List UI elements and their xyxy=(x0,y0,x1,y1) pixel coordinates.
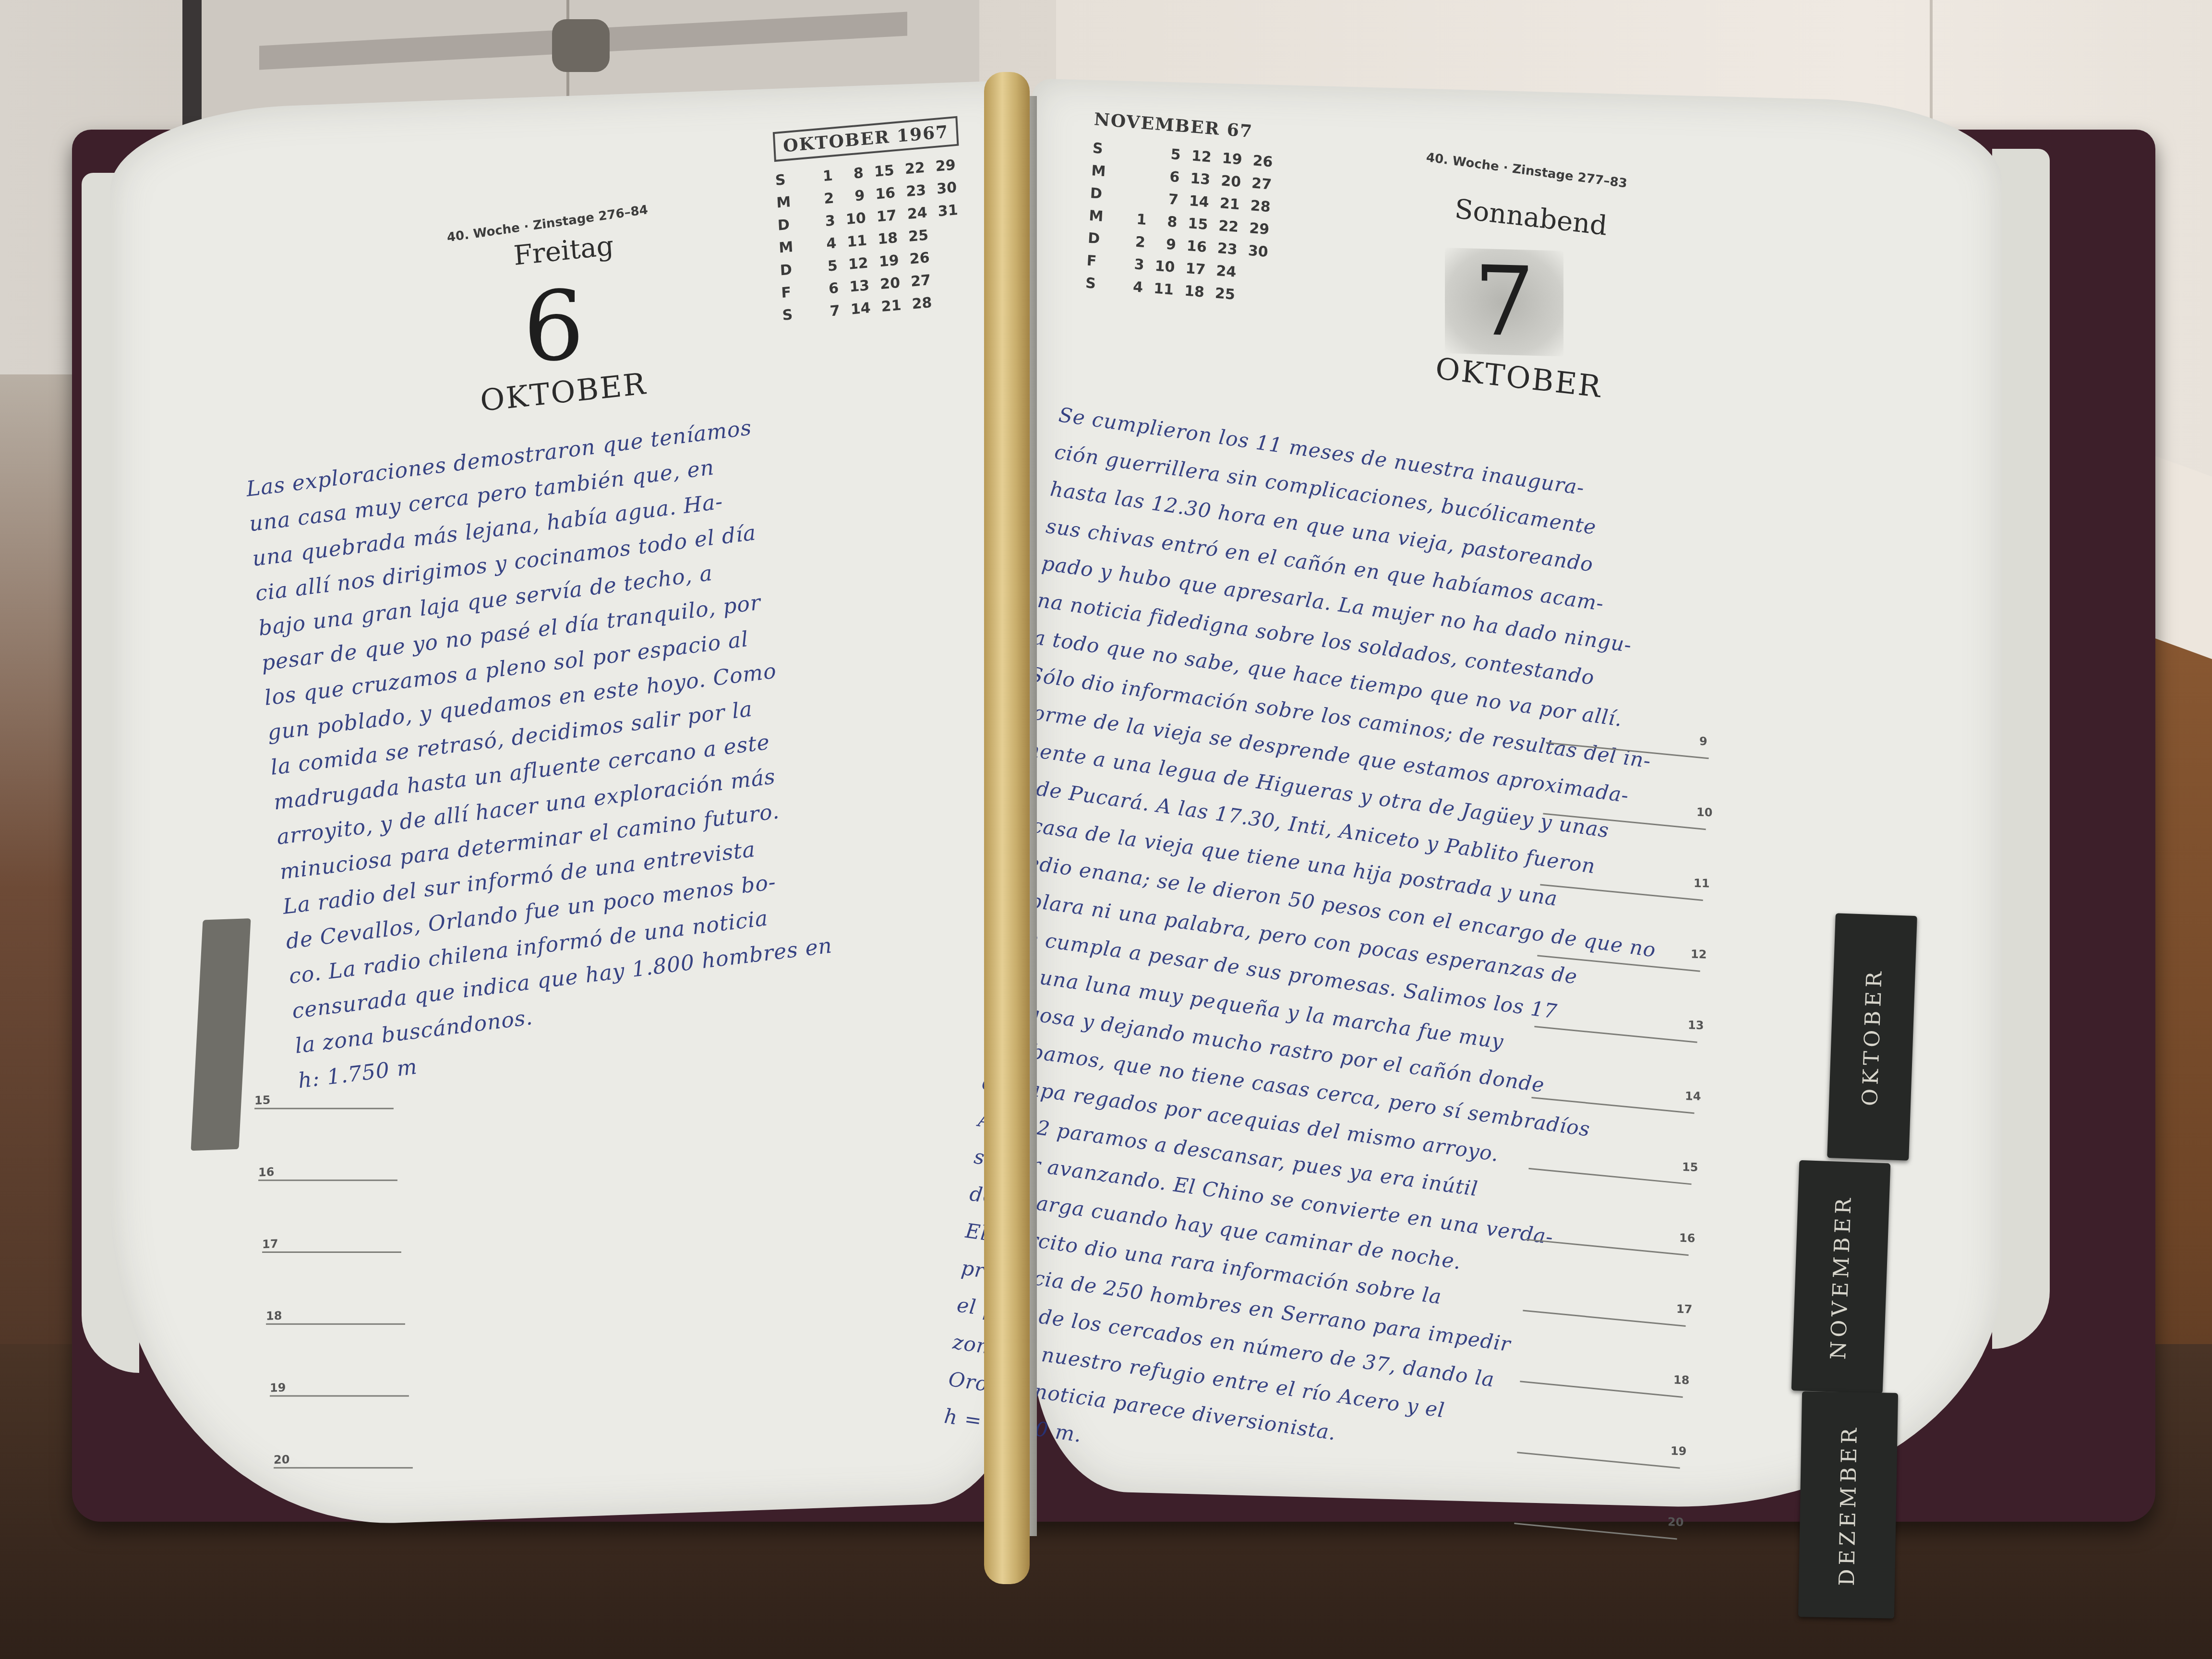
calendar-day xyxy=(1119,142,1151,161)
weekday-label: S xyxy=(1092,140,1120,158)
hour-rule xyxy=(274,1467,413,1468)
calendar-day: 23 xyxy=(1206,239,1238,258)
tab-label: DEZEMBER xyxy=(1835,1424,1862,1586)
calendar-day: 21 xyxy=(1209,194,1240,213)
weekday-label: M xyxy=(776,192,804,212)
calendar-day: 6 xyxy=(807,280,839,299)
weekday-label: D xyxy=(1087,230,1115,249)
calendar-day: 15 xyxy=(863,162,895,181)
calendar-day: 7 xyxy=(1147,189,1179,208)
tab-november[interactable]: NOVEMBER xyxy=(1791,1160,1891,1394)
ribbon-bookmark[interactable] xyxy=(984,72,1030,1584)
calendar-day: 8 xyxy=(1146,212,1178,231)
mini-calendar-november: NOVEMBER 67 S5121926M6132027D7142128M181… xyxy=(1085,109,1274,305)
hour-number: 11 xyxy=(1694,877,1709,890)
calendar-day: 21 xyxy=(870,297,902,316)
calendar-day: 19 xyxy=(1211,149,1243,168)
calendar-day: 31 xyxy=(927,202,959,221)
mini-calendar-october: OKTOBER 1967 S18152229M29162330D31017243… xyxy=(773,116,968,324)
weekday-label: M xyxy=(779,238,806,257)
tab-label: NOVEMBER xyxy=(1826,1194,1856,1360)
calendar-day: 3 xyxy=(1113,254,1145,274)
calendar-day: 26 xyxy=(1242,152,1274,171)
calendar-day: 12 xyxy=(1180,147,1212,166)
calendar-day xyxy=(1117,187,1148,206)
hour-number: 17 xyxy=(262,1237,278,1251)
weekday-label: D xyxy=(1090,185,1118,204)
calendar-day: 12 xyxy=(837,254,869,274)
calendar-day: 11 xyxy=(1142,279,1174,299)
hour-rule xyxy=(258,1179,397,1181)
weekday-label: D xyxy=(777,215,805,234)
weekday-label: S xyxy=(782,305,810,324)
weekday-label: M xyxy=(1091,162,1119,181)
weekday-label: F xyxy=(1086,252,1114,271)
calendar-day: 16 xyxy=(1176,237,1207,256)
calendar-day xyxy=(1118,164,1150,183)
calendar-day: 22 xyxy=(894,159,926,179)
calendar-day: 22 xyxy=(1207,216,1239,236)
calendar-day: 20 xyxy=(869,275,901,294)
calendar-day: 25 xyxy=(1204,284,1236,303)
calendar-day: 14 xyxy=(1178,192,1210,211)
page-tab-marker xyxy=(191,918,251,1151)
calendar-day xyxy=(931,291,963,311)
calendar-day: 29 xyxy=(1238,219,1270,238)
calendar-day: 8 xyxy=(832,165,864,184)
hour-number: 17 xyxy=(1676,1302,1692,1316)
weekday-label: M xyxy=(1089,207,1117,226)
calendar-day: 14 xyxy=(840,300,871,319)
calendar-day: 15 xyxy=(1177,214,1208,233)
hour-number: 12 xyxy=(1691,947,1707,961)
hour-rule xyxy=(262,1251,401,1253)
hour-rule xyxy=(254,1108,394,1109)
hour-number: 20 xyxy=(274,1453,289,1467)
hour-number: 9 xyxy=(1699,734,1707,748)
calendar-day: 11 xyxy=(836,232,867,252)
calendar-day: 27 xyxy=(900,272,931,291)
mini-calendar-grid: S18152229M29162330D310172431M4111825D512… xyxy=(775,156,967,324)
hour-number: 16 xyxy=(1679,1231,1695,1245)
hour-number: 15 xyxy=(1682,1160,1698,1174)
calendar-day: 28 xyxy=(1239,196,1271,216)
calendar-day: 26 xyxy=(899,249,930,268)
hour-number: 13 xyxy=(1688,1018,1704,1032)
mini-calendar-grid: S5121926M6132027D7142128M18152229D291623… xyxy=(1085,140,1273,306)
hour-rule xyxy=(266,1323,405,1325)
calendar-day: 9 xyxy=(833,187,865,206)
week-label: 40. Woche · Zinstage 277–83 xyxy=(1426,150,1628,191)
day-number: 6 xyxy=(523,278,584,376)
calendar-day: 30 xyxy=(1237,241,1269,261)
calendar-day: 13 xyxy=(1179,169,1211,189)
day-number: 7 xyxy=(1445,248,1563,356)
day-name: Sonnabend xyxy=(1454,193,1609,242)
calendar-day: 5 xyxy=(806,257,838,276)
mini-calendar-title: OKTOBER 1967 xyxy=(773,116,959,162)
calendar-day xyxy=(1236,264,1267,283)
calendar-day: 4 xyxy=(805,235,837,254)
calendar-day: 28 xyxy=(901,294,933,313)
calendar-day: 20 xyxy=(1210,172,1241,191)
calendar-day: 1 xyxy=(802,168,833,187)
calendar-day: 7 xyxy=(809,302,841,322)
calendar-day xyxy=(1235,287,1266,306)
calendar-day: 18 xyxy=(866,229,898,249)
calendar-day: 10 xyxy=(1144,257,1176,276)
calendar-day: 13 xyxy=(838,277,870,296)
calendar-day: 27 xyxy=(1240,174,1272,193)
diary-page-left: 40. Woche · Zinstage 276–84 Freitag 6 OK… xyxy=(110,80,1022,1533)
calendar-day: 5 xyxy=(1150,144,1181,164)
month-label: OKTOBER xyxy=(1434,351,1603,405)
calendar-day: 19 xyxy=(868,252,900,271)
calendar-day: 10 xyxy=(835,210,866,229)
handwritten-entry-oct-6: Las exploraciones demostraron que teníam… xyxy=(245,406,840,1099)
calendar-day: 6 xyxy=(1148,167,1180,186)
hour-number: 19 xyxy=(270,1381,286,1395)
hour-number: 19 xyxy=(1671,1444,1686,1458)
hour-number: 10 xyxy=(1696,805,1712,819)
calendar-day xyxy=(930,269,962,289)
hour-number: 14 xyxy=(1685,1089,1701,1103)
hour-number: 16 xyxy=(258,1165,274,1179)
calendar-day: 30 xyxy=(926,179,957,198)
calendar-day: 4 xyxy=(1112,277,1143,296)
calendar-day xyxy=(928,224,960,243)
hour-number: 20 xyxy=(1668,1515,1683,1529)
weekday-label: D xyxy=(780,260,807,279)
calendar-day: 29 xyxy=(925,156,956,176)
calendar-day: 2 xyxy=(1114,232,1146,251)
tab-dezember[interactable]: DEZEMBER xyxy=(1798,1391,1898,1618)
calendar-day: 24 xyxy=(1205,262,1237,281)
mini-calendar-title: NOVEMBER 67 xyxy=(1094,109,1275,143)
hour-rule xyxy=(270,1395,409,1397)
calendar-day: 17 xyxy=(1174,259,1206,278)
calendar-day xyxy=(929,247,961,266)
day-name: Freitag xyxy=(513,230,614,271)
calendar-day: 3 xyxy=(804,212,836,231)
calendar-day: 25 xyxy=(897,227,929,246)
hour-number: 15 xyxy=(254,1094,270,1107)
calendar-day: 9 xyxy=(1145,234,1177,253)
calendar-day: 16 xyxy=(864,184,896,204)
calendar-day: 24 xyxy=(896,204,928,224)
door-handle-icon xyxy=(552,19,610,72)
tab-oktober[interactable]: OKTOBER xyxy=(1827,913,1917,1161)
calendar-day: 18 xyxy=(1173,282,1205,301)
calendar-day: 1 xyxy=(1116,209,1147,228)
hour-number: 18 xyxy=(1673,1373,1689,1387)
calendar-day: 17 xyxy=(866,207,897,226)
weekday-label: F xyxy=(781,282,808,301)
tab-label: OKTOBER xyxy=(1857,967,1887,1106)
calendar-day: 2 xyxy=(803,190,835,209)
calendar-day: 23 xyxy=(895,182,926,201)
weekday-label: S xyxy=(775,170,803,189)
weekday-label: S xyxy=(1085,275,1113,293)
hour-number: 18 xyxy=(266,1309,282,1323)
